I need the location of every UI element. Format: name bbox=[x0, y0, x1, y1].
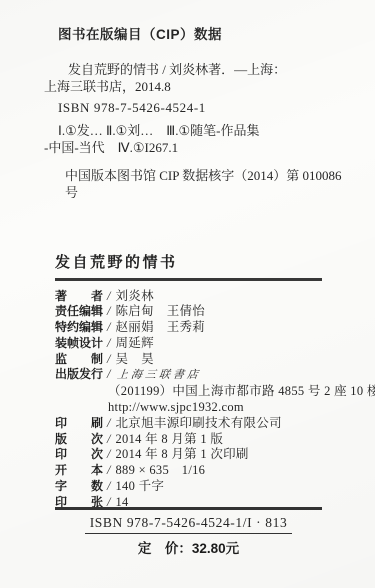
colophon-row-value: 吴 昊 bbox=[116, 352, 154, 368]
colophon-row-label: 监 制 bbox=[55, 352, 103, 368]
colophon-row: 特约编辑/赵丽娟 王秀莉 bbox=[55, 320, 322, 336]
slash-separator: / bbox=[107, 447, 110, 463]
cip-heading: 图书在版编目（CIP）数据 bbox=[58, 26, 351, 43]
colophon-row-value: 赵丽娟 王秀莉 bbox=[116, 320, 206, 336]
colophon-row: 字 数/140 千字 bbox=[55, 479, 322, 495]
price-block: ISBN 978-7-5426-4524-1/I · 813 定 价：32.80… bbox=[55, 507, 322, 557]
slash-separator: / bbox=[107, 479, 110, 495]
cip-block: 图书在版编目（CIP）数据 发自荒野的情书 / 刘炎林著．—上海： 上海三联书店… bbox=[44, 26, 351, 201]
price-value: 32.80元 bbox=[192, 541, 239, 556]
colophon-row: 出版发行/上海三联書店 bbox=[55, 367, 322, 384]
slash-separator: / bbox=[107, 289, 110, 305]
cip-classification-line-2: -中国-当代 Ⅳ.①I267.1 bbox=[44, 139, 351, 156]
divider-rule-top bbox=[55, 278, 322, 281]
colophon-row-value: 北京旭丰源印刷技术有限公司 bbox=[116, 416, 282, 432]
colophon-row-label: 责任编辑 bbox=[55, 304, 103, 320]
colophon-row-label: 字 数 bbox=[55, 479, 103, 495]
colophon-row-value: 2014 年 8 月第 1 次印刷 bbox=[116, 447, 249, 463]
slash-separator: / bbox=[107, 352, 110, 368]
slash-separator: / bbox=[107, 463, 110, 479]
colophon-row-label: 特约编辑 bbox=[55, 320, 103, 336]
footer-isbn: ISBN 978-7-5426-4524-1/I · 813 bbox=[85, 515, 293, 534]
publisher-address: （201199）中国上海市都市路 4855 号 2 座 10 楼 bbox=[108, 384, 322, 400]
cip-title-line: 发自荒野的情书 / 刘炎林著．—上海： bbox=[68, 61, 351, 78]
colophon-row: 版 次/2014 年 8 月第 1 版 bbox=[55, 432, 322, 448]
colophon-row: 开 本/889 × 635 1/16 bbox=[55, 463, 322, 479]
colophon-row: 装帧设计/周延辉 bbox=[55, 336, 322, 352]
colophon-row-label: 著 者 bbox=[55, 289, 103, 305]
colophon-row-value: 2014 年 8 月第 1 版 bbox=[116, 432, 224, 448]
slash-separator: / bbox=[107, 320, 110, 336]
cip-isbn: ISBN 978-7-5426-4524-1 bbox=[58, 99, 351, 116]
cip-entry: 发自荒野的情书 / 刘炎林著．—上海： 上海三联书店，2014.8 ISBN 9… bbox=[44, 61, 351, 201]
cip-publisher-line: 上海三联书店，2014.8 bbox=[44, 78, 351, 95]
cip-classification-line-1: Ⅰ.①发… Ⅱ.①刘… Ⅲ.①随笔-作品集 bbox=[58, 122, 351, 139]
book-title: 发自荒野的情书 bbox=[55, 251, 322, 272]
colophon-row-value: 周延辉 bbox=[116, 336, 154, 352]
colophon-row-value: 陈启甸 王倩怡 bbox=[116, 304, 206, 320]
colophon-row-label: 印 次 bbox=[55, 447, 103, 463]
price-label: 定 价： bbox=[138, 541, 192, 556]
colophon-row: 著 者/刘炎林 bbox=[55, 289, 322, 305]
colophon-row-label: 装帧设计 bbox=[55, 336, 103, 352]
cip-record-number: 中国版本图书馆 CIP 数据核字（2014）第 010086 号 bbox=[65, 167, 351, 201]
cip-classification: Ⅰ.①发… Ⅱ.①刘… Ⅲ.①随笔-作品集 -中国-当代 Ⅳ.①I267.1 bbox=[44, 122, 351, 156]
colophon-row-label: 开 本 bbox=[55, 463, 103, 479]
publisher-url: http://www.sjpc1932.com bbox=[108, 400, 322, 416]
colophon-row: 责任编辑/陈启甸 王倩怡 bbox=[55, 304, 322, 320]
colophon-row: 监 制/吴 昊 bbox=[55, 352, 322, 368]
price-line: 定 价：32.80元 bbox=[55, 537, 322, 557]
colophon-rows: 著 者/刘炎林责任编辑/陈启甸 王倩怡特约编辑/赵丽娟 王秀莉装帧设计/周延辉监… bbox=[55, 289, 322, 511]
slash-separator: / bbox=[107, 432, 110, 448]
slash-separator: / bbox=[107, 416, 110, 432]
colophon-row-label: 版 次 bbox=[55, 432, 103, 448]
colophon-row-label: 出版发行 bbox=[55, 367, 103, 383]
colophon-row-value: 889 × 635 1/16 bbox=[116, 463, 206, 479]
colophon-row-value: 140 千字 bbox=[116, 479, 165, 495]
slash-separator: / bbox=[107, 367, 110, 383]
colophon-row: 印 次/2014 年 8 月第 1 次印刷 bbox=[55, 447, 322, 463]
colophon-row-label: 印 刷 bbox=[55, 416, 103, 432]
colophon-block: 发自荒野的情书 著 者/刘炎林责任编辑/陈启甸 王倩怡特约编辑/赵丽娟 王秀莉装… bbox=[55, 251, 322, 511]
slash-separator: / bbox=[107, 336, 110, 352]
slash-separator: / bbox=[107, 304, 110, 320]
colophon-row-value: 刘炎林 bbox=[116, 289, 154, 305]
colophon-row-value: 上海三联書店 bbox=[116, 368, 202, 384]
colophon-row: 印 刷/北京旭丰源印刷技术有限公司 bbox=[55, 416, 322, 432]
book-copyright-page: { "cip": { "heading": "图书在版编目（CIP）数据", "… bbox=[0, 0, 375, 588]
